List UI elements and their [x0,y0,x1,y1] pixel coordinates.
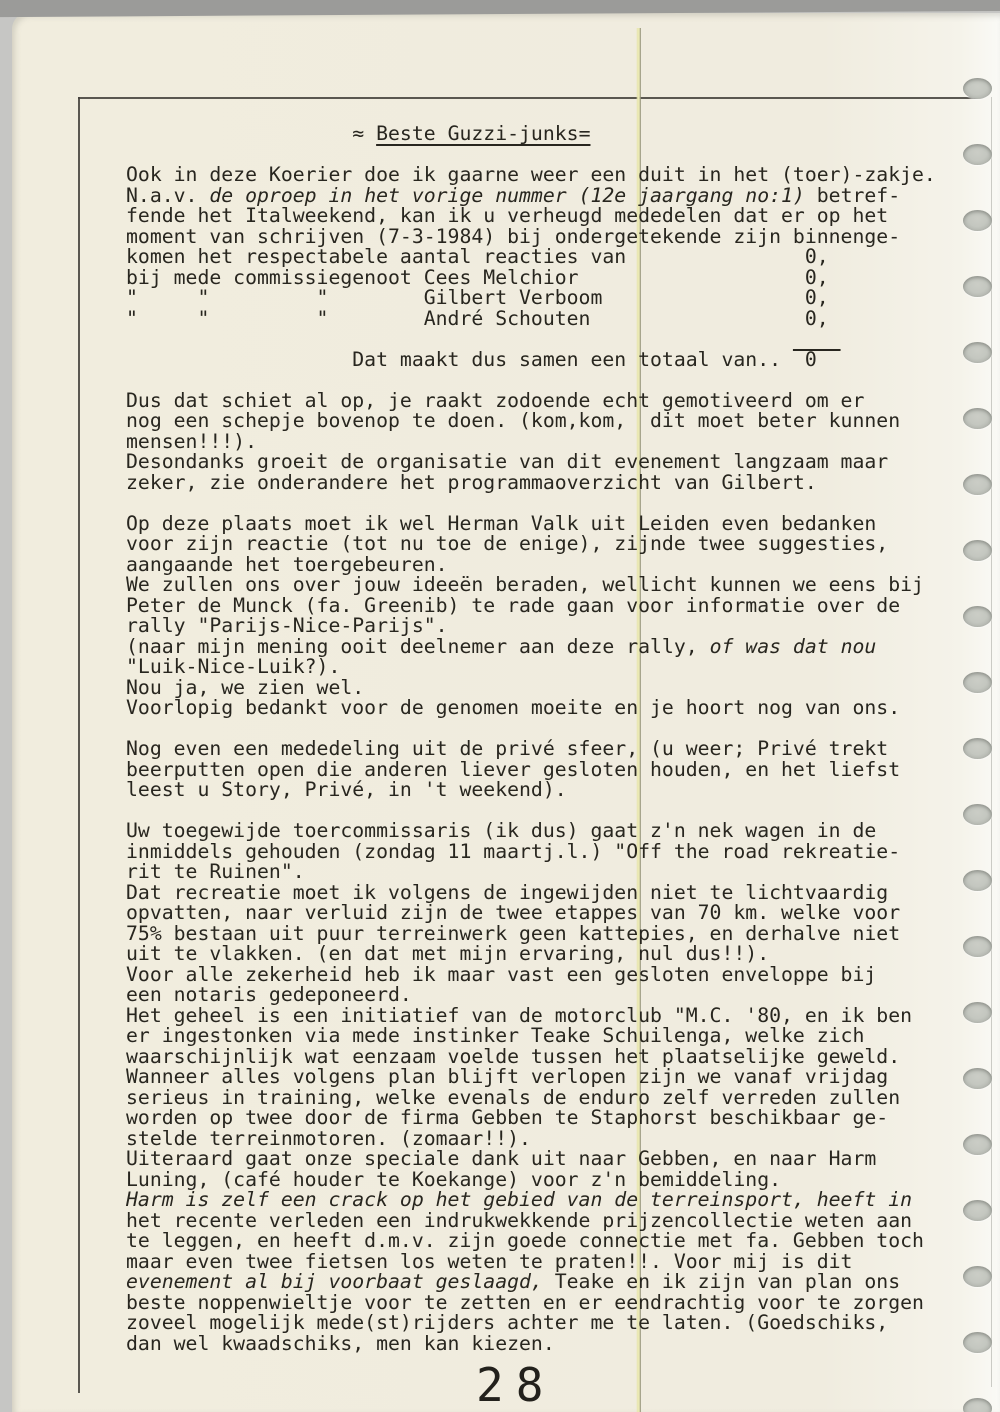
text-line: rit te Ruinen". [126,862,966,883]
frame-rule-left [78,97,80,1393]
text-line: een notaris gedeponeerd. [126,985,966,1006]
typewritten-text: ≈ Beste Guzzi-junks= Ook in deze Koerier… [126,124,966,1354]
text-line: opvatten, naar verluid zijn de twee etap… [126,903,966,924]
text-line: Dus dat schiet al op, je raakt zodoende … [126,391,966,412]
text-line: We zullen ons over jouw ideeën beraden, … [126,575,966,596]
text-line: Op deze plaats moet ik wel Herman Valk u… [126,514,966,535]
text-line: inmiddels gehouden (zondag 11 maartj.l.)… [126,842,966,863]
text-line [126,493,966,514]
text-line: zoveel mogelijk mede(st)rijders achter m… [126,1313,966,1334]
text-line [126,719,966,740]
text-line: er ingestonken via mede instinker Teake … [126,1026,966,1047]
scanner-edge-strip [0,14,12,1396]
text-line: fende het Italweekend, kan ik u verheugd… [126,206,966,227]
text-line: Voor alle zekerheid heb ik maar vast een… [126,965,966,986]
text-line: " " " Gilbert Verboom 0, [126,288,966,309]
text-line: Uw toegewijde toercommissaris (ik dus) g… [126,821,966,842]
text-line: 75% bestaan uit puur terreinwerk geen ka… [126,924,966,945]
text-line: leest u Story, Privé, in 't weekend). [126,780,966,801]
text-line [126,370,966,391]
page-number: 28 [476,1362,555,1408]
text-line: worden op twee door de firma Gebben te S… [126,1108,966,1129]
text-line: nog een schepje bovenop te doen. (kom,ko… [126,411,966,432]
text-line: zeker, zie onderandere het programmaover… [126,473,966,494]
text-line: Voorlopig bedankt voor de genomen moeite… [126,698,966,719]
text-line: "Luik-Nice-Luik?). [126,657,966,678]
frame-rule-top [78,97,978,99]
text-line: het recente verleden een indrukwekkende … [126,1211,966,1232]
text-line: Harm is zelf een crack op het gebied van… [126,1190,966,1211]
text-line [126,801,966,822]
text-line [126,145,966,166]
text-line: Peter de Munck (fa. Greenib) te rade gaa… [126,596,966,617]
text-line: Nog even een mededeling uit de privé sfe… [126,739,966,760]
text-line: komen het respectabele aantal reacties v… [126,247,966,268]
text-line: " " " André Schouten 0, [126,309,966,330]
text-line: Nou ja, we zien wel. [126,678,966,699]
text-line: Dat maakt dus samen een totaal van.. 0 [126,350,966,371]
text-line: dan wel kwaadschiks, men kan kiezen. [126,1334,966,1355]
text-line: beerputten open die anderen liever geslo… [126,760,966,781]
text-line: aangaande het toergebeuren. [126,555,966,576]
text-line: voor zijn reactie (tot nu toe de enige),… [126,534,966,555]
text-line: waarschijnlijk wat eenzaam voelde tussen… [126,1047,966,1068]
scanned-page: ≈ Beste Guzzi-junks= Ook in deze Koerier… [0,0,1000,1412]
text-line: Ook in deze Koerier doe ik gaarne weer e… [126,165,966,186]
text-line: bij mede commissiegenoot Cees Melchior 0… [126,268,966,289]
text-line: Desondanks groeit de organisatie van dit… [126,452,966,473]
text-line: Het geheel is een initiatief van de moto… [126,1006,966,1027]
text-line: evenement al bij voorbaat geslaagd, Teak… [126,1272,966,1293]
text-line: te leggen, en heeft d.m.v. zijn goede co… [126,1231,966,1252]
text-line: beste noppenwieltje voor te zetten en er… [126,1293,966,1314]
text-line: N.a.v. de oproep in het vorige nummer (1… [126,186,966,207]
text-line: rally "Parijs-Nice-Parijs". [126,616,966,637]
text-line: Dat recreatie moet ik volgens de ingewij… [126,883,966,904]
text-line: moment van schrijven (7-3-1984) bij onde… [126,227,966,248]
frame-rule-right [991,97,992,1387]
text-line: uit te vlakken. (en dat met mijn ervarin… [126,944,966,965]
text-line: mensen!!!). [126,432,966,453]
text-line: Uiteraard gaat onze speciale dank uit na… [126,1149,966,1170]
text-line: ≈ Beste Guzzi-junks= [126,124,966,145]
text-line: (naar mijn mening ooit deelnemer aan dez… [126,637,966,658]
text-line [126,329,966,350]
text-line: Luning, (café houder te Koekange) voor z… [126,1170,966,1191]
text-line: maar even twee fietsen los weten te prat… [126,1252,966,1273]
text-line: stelde terreinmotoren. (zomaar!!). [126,1129,966,1150]
text-line: Wanneer alles volgens plan blijft verlop… [126,1067,966,1088]
text-line: serieus in training, welke evenals de en… [126,1088,966,1109]
